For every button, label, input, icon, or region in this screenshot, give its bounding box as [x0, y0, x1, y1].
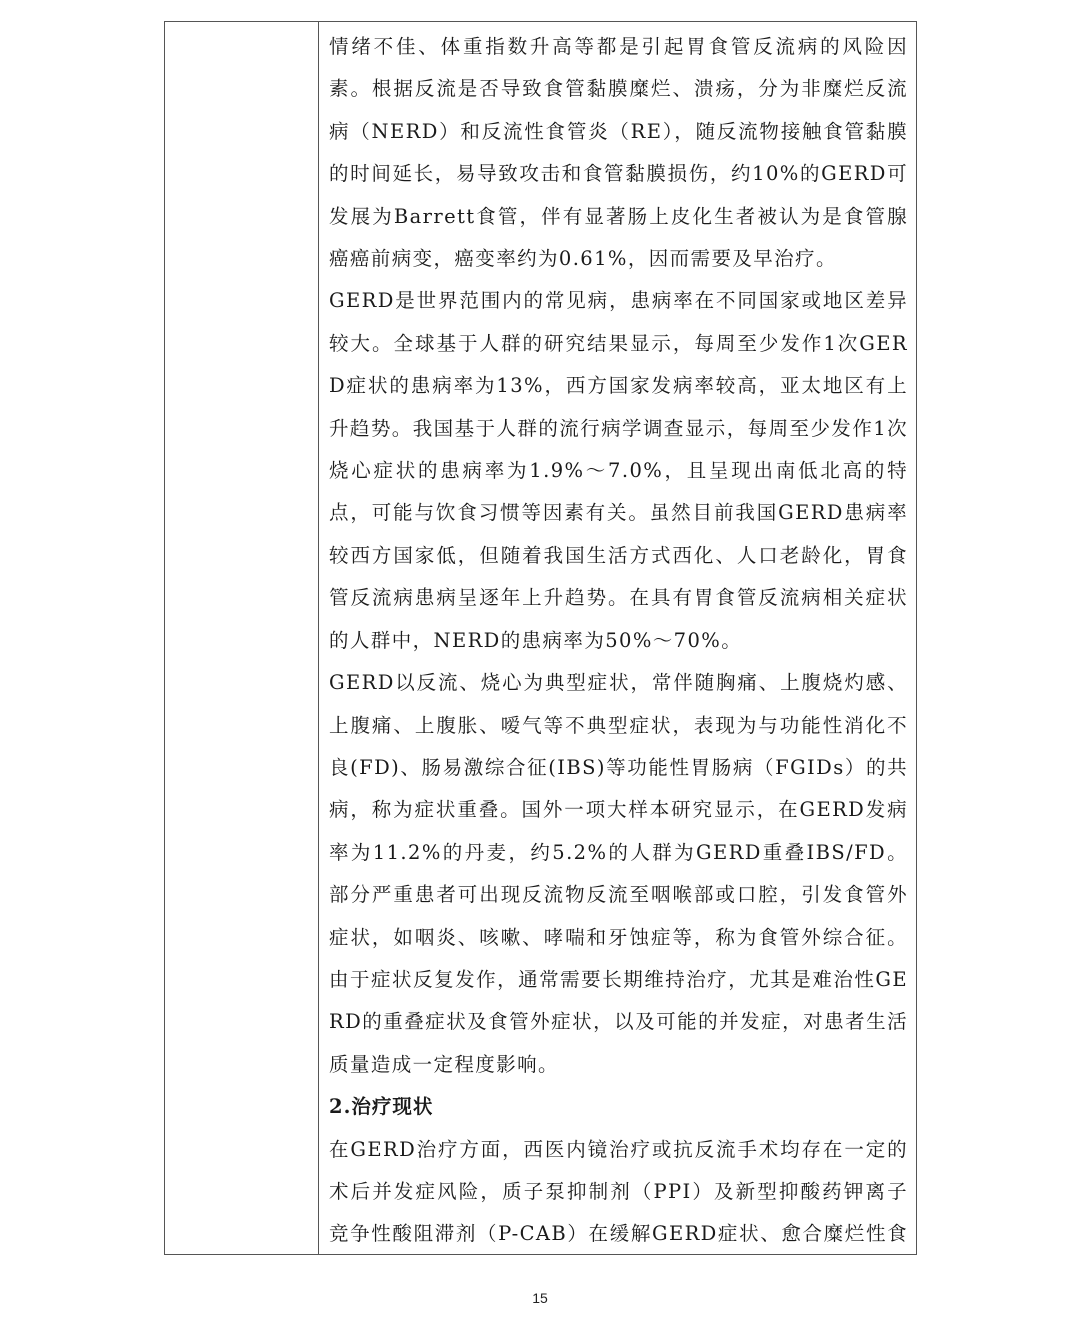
paragraph-treatment: 在GERD治疗方面，西医内镜治疗或抗反流手术均存在一定的术后并发症风险，质子泵抑…	[329, 1129, 908, 1254]
table-right-column: 情绪不佳、体重指数升高等都是引起胃食管反流病的风险因素。根据反流是否导致食管黏膜…	[319, 22, 916, 1254]
paragraph-risk-factors: 情绪不佳、体重指数升高等都是引起胃食管反流病的风险因素。根据反流是否导致食管黏膜…	[329, 26, 908, 280]
document-page: 情绪不佳、体重指数升高等都是引起胃食管反流病的风险因素。根据反流是否导致食管黏膜…	[0, 0, 1080, 1320]
page-number: 15	[0, 1290, 1080, 1306]
content-table: 情绪不佳、体重指数升高等都是引起胃食管反流病的风险因素。根据反流是否导致食管黏膜…	[164, 21, 917, 1255]
table-left-column	[165, 22, 319, 1254]
paragraph-symptoms: GERD以反流、烧心为典型症状，常伴随胸痛、上腹烧灼感、上腹痛、上腹胀、嗳气等不…	[329, 662, 908, 1086]
section-heading-treatment-status: 2.治疗现状	[329, 1086, 908, 1128]
paragraph-epidemiology: GERD是世界范围内的常见病，患病率在不同国家或地区差异较大。全球基于人群的研究…	[329, 280, 908, 662]
